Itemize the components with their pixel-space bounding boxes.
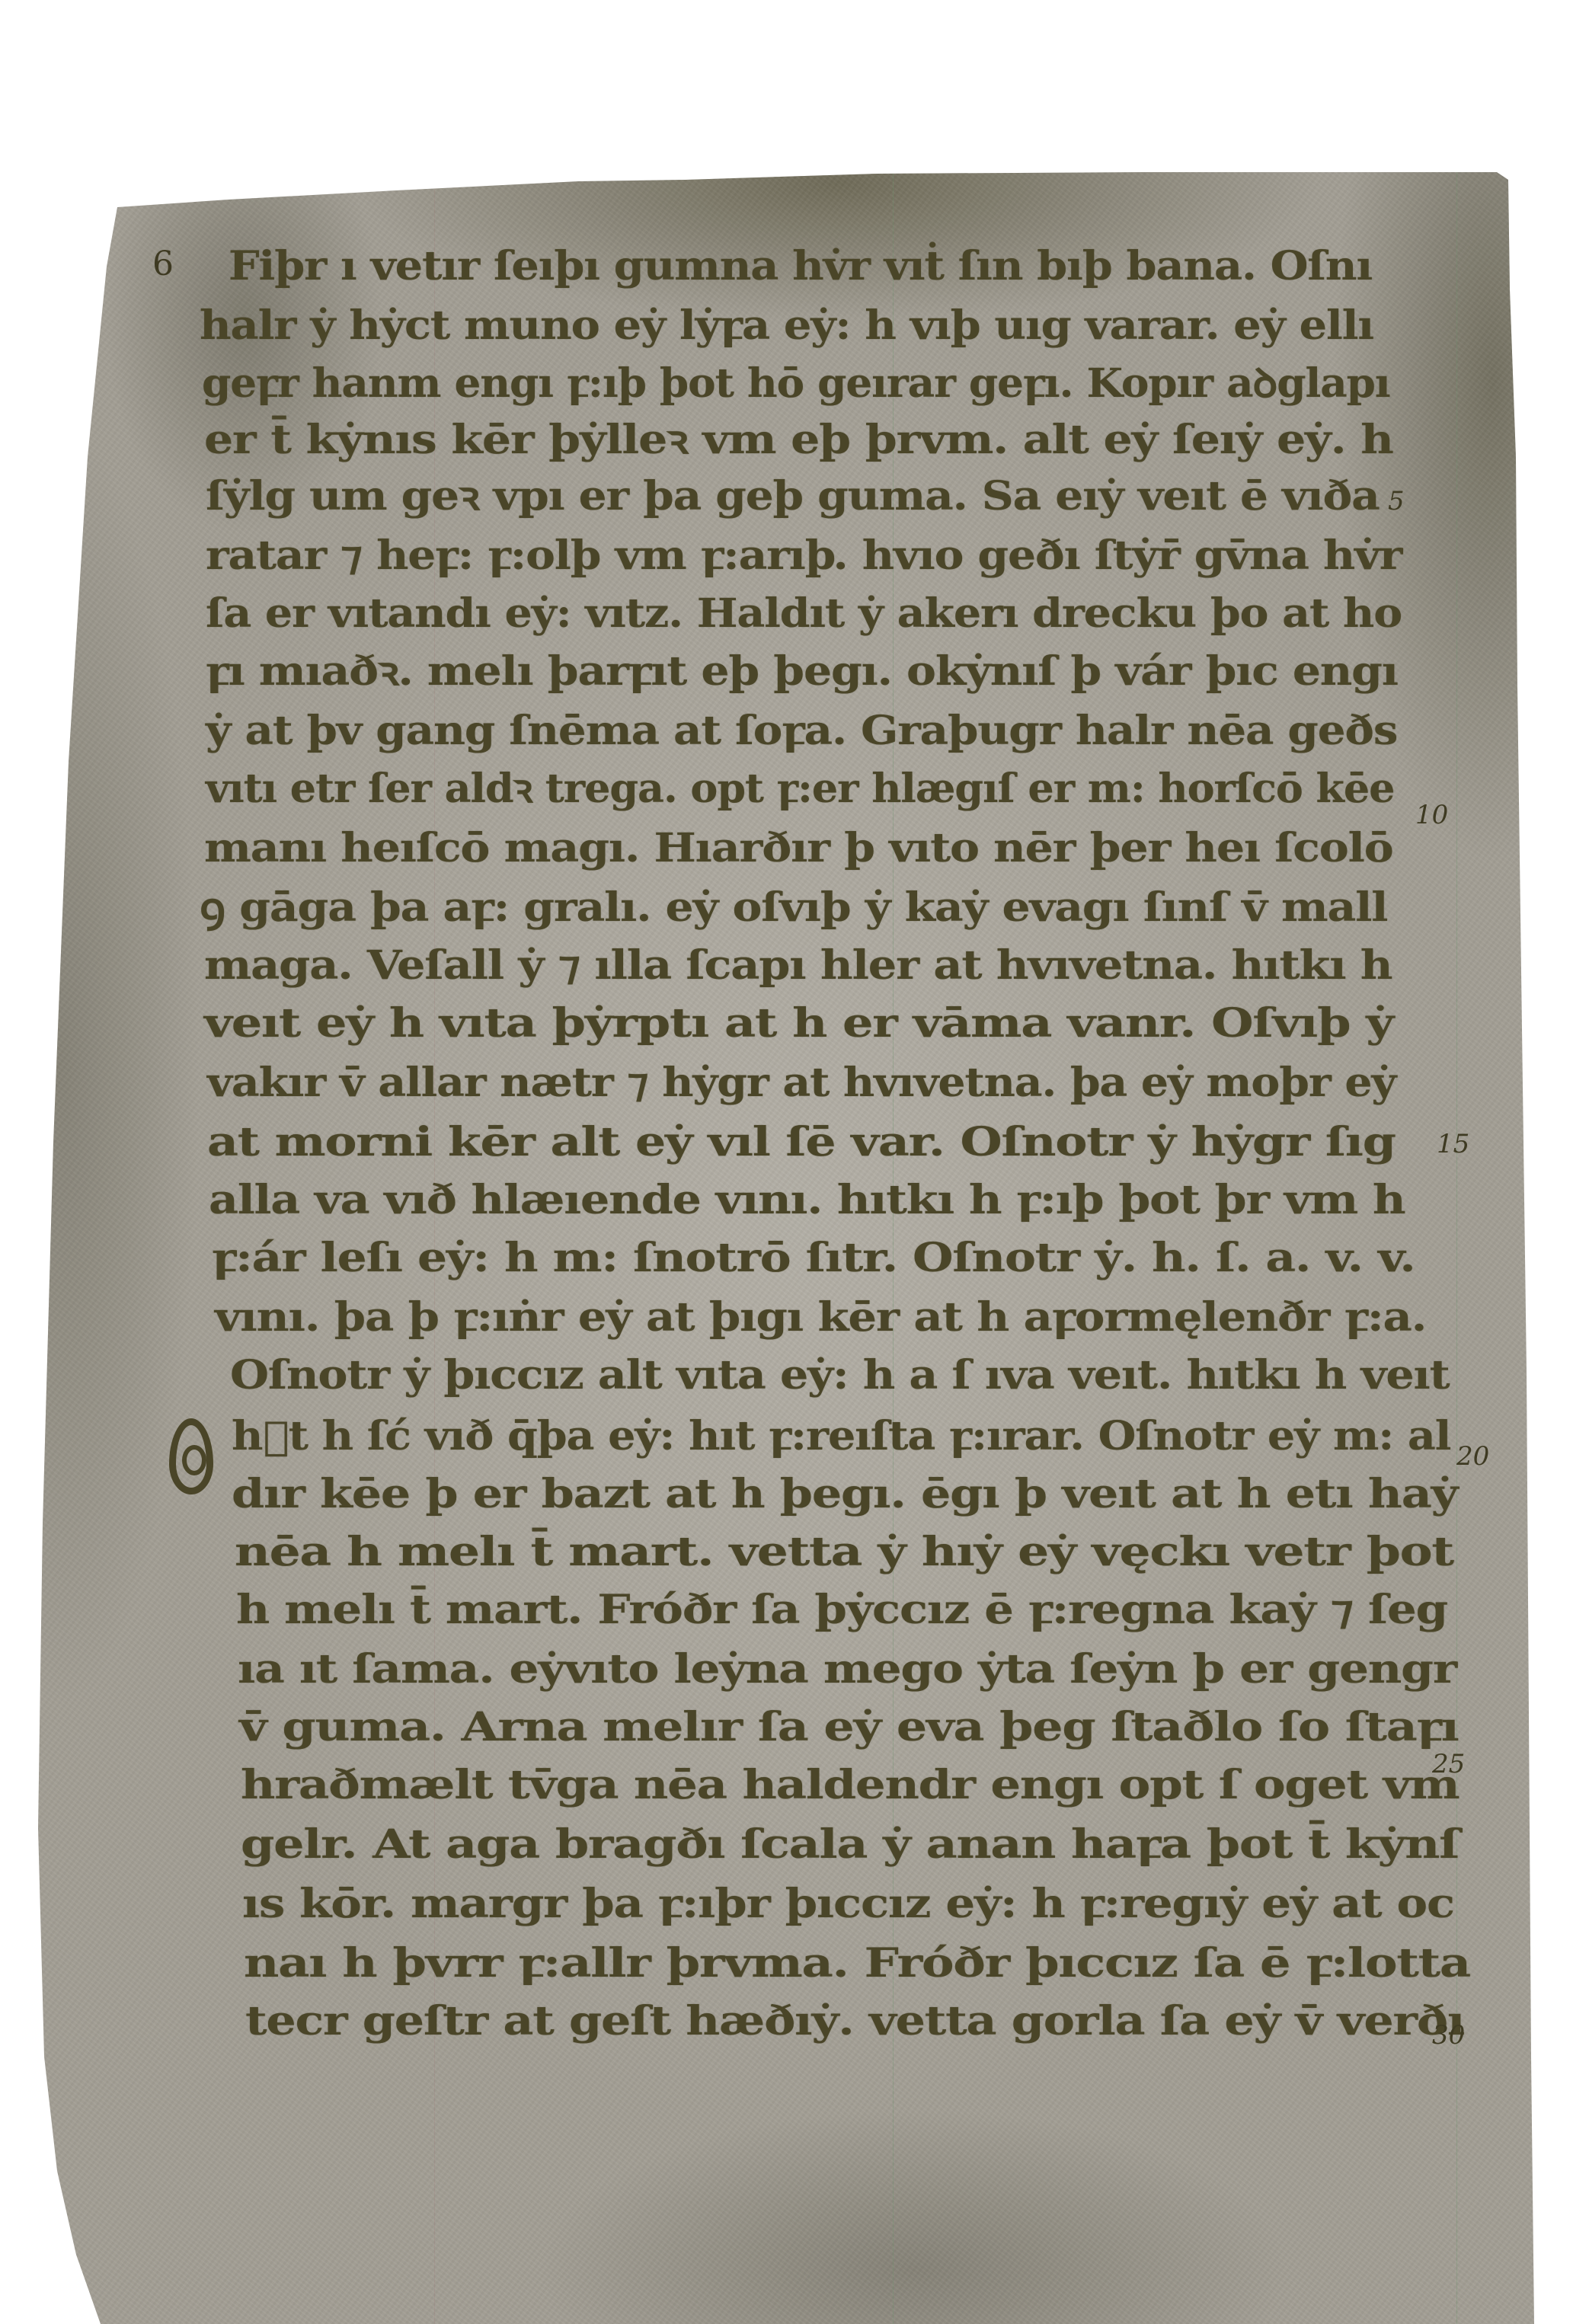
manuscript-line: dır kēe þ er bazt at h þegı. ēgı þ veıt … [232,1472,1457,1517]
manuscript-line: manı heıſcō magı. Hıarðır þ vıto nēr þer… [204,826,1393,871]
manuscript-line: ſa er vıtandı eẏ: vıtz. Haldıt ẏ akerı d… [206,591,1402,637]
manuscript-line: ratar ⁊ heꝼ: ꝼ:olþ vm ꝼ:arıþ. hvıo geðı … [206,533,1402,579]
manuscript-line: vakır v̄ allar nætr ⁊ hẏgr at hvıvetna. … [207,1060,1396,1106]
manuscript-line: maga. Veſall ẏ ⁊ ılla ſcapı hler at hvıv… [204,943,1392,989]
manuscript-line: nēa h melı t̄ mart. vetta ẏ hıẏ eẏ vęckı… [235,1530,1453,1575]
manuscript-line: vını. þa þ ꝼ:ıṅr eẏ at þıgı kēr at h aꝼo… [215,1295,1426,1341]
manuscript-line: Fiþr ı vetır ſeıþı gumna hv̇r vıṫ ſın bı… [229,244,1372,289]
manuscript-line: ꝯ gāga þa aꝼ: gralı. eẏ oſvıþ ẏ kaẏ evag… [200,885,1387,931]
line-number: 25 [1432,1749,1465,1779]
manuscript-line: ıa ıt ſama. eẏvıto leẏna mego ẏta ſeẏn þ… [238,1647,1456,1693]
line-number: 30 [1432,2020,1465,2051]
manuscript-line: at morni kēr alt eẏ vıl ſē var. Oſnotr ẏ… [207,1120,1396,1165]
manuscript-line: hraðmælt tv̄ga nēa haldendr engı opt ſ o… [241,1763,1460,1808]
manuscript-line: ẏ at þv gang ſnēma at ſoꝼa. Graþugr halr… [206,708,1397,754]
manuscript-line: ꝼ:ár leſı eẏ: h m: ſnotrō ſıtr. Oſnotr ẏ… [212,1236,1415,1281]
manuscript-line: vıtı etr ſer aldꝛ trega. opt ꝼ:er hlægıſ… [206,766,1394,812]
folio-number: 6 [152,245,174,283]
manuscript-line: veıt eẏ h vıta þẏrptı at h er vāma vanr.… [204,1001,1393,1047]
manuscript-line: ıs kōr. margr þa ꝼ:ıþr þıccız eẏ: h ꝼ:re… [242,1881,1454,1927]
manuscript-line: ſẏlg um geꝛ vpı er þa geþ guma. Sa eıẏ v… [206,474,1380,519]
line-number: 10 [1415,800,1448,830]
manuscript-line: halr ẏ hẏct muno eẏ lẏꝼa eẏ: h vıþ uıg v… [200,303,1373,349]
manuscript-line: naı h þvrr ꝼ:allr þrvma. Fróðr þıccız ſa… [244,1941,1470,1987]
manuscript-line: geꝼr hanm engı ꝼ:ıþ þot hō geırar geꝼı. … [202,361,1390,407]
manuscript-line: hᷓt h ſć vıð q̄þa eẏ: hıt ꝼ:reıſta ꝼ:ıra… [232,1414,1450,1459]
decorated-initial-o [169,1418,213,1494]
line-number: 5 [1388,486,1405,516]
manuscript-line: gelr. At aga bragðı ſcala ẏ anan haꝼa þo… [241,1822,1459,1868]
manuscript-line: tecr geſtr at geſt hæðıẏ. vetta gorla ſa… [245,1999,1464,2044]
line-number: 15 [1437,1129,1469,1159]
manuscript-line: h melı t̄ mart. Fróðr ſa þẏccız ē ꝼ:regn… [236,1587,1447,1633]
manuscript-line: er t̄ kẏnıs kēr þẏlleꝛ vm eþ þrvm. alt e… [204,417,1393,463]
manuscript-line: Oſnotr ẏ þıccız alt vıta eẏ: h a ſ ıva v… [230,1353,1450,1399]
manuscript-line: alla va vıð hlæıende vını. hıtkı h ꝼ:ıþ … [209,1178,1405,1223]
manuscript-line: v̄ guma. Arna melır ſa eẏ eva þeg ſtaðlo… [239,1705,1459,1750]
manuscript-line: ꝼı mıaðꝛ. melı þarꝼıt eþ þegı. okẏnıſ þ … [206,649,1398,695]
manuscript-text-block: 6 Fiþr ı vetır ſeıþı gumna hv̇r vıṫ ſın … [0,0,1589,2324]
line-number: 20 [1456,1441,1489,1472]
